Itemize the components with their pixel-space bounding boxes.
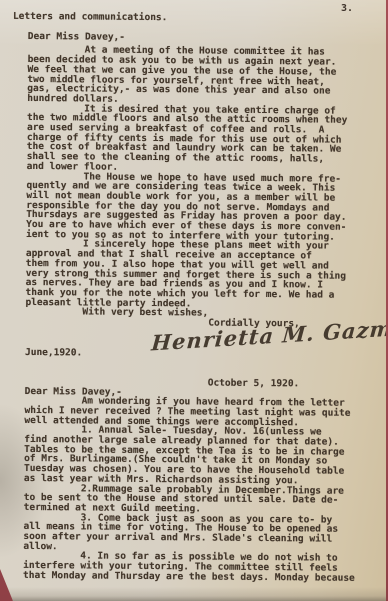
letter2-item-4: 4. In so far as is possible we do not wi… bbox=[23, 551, 367, 583]
letter1-paragraph-2: It is desired that you take entire charg… bbox=[27, 104, 372, 175]
letter-june-1920: Dear Miss Davey,- At a meeting of the Ho… bbox=[25, 32, 372, 380]
paper-sheet: 3. Letters and communications. Dear Miss… bbox=[0, 0, 386, 601]
letter-content: Letters and communications. Dear Miss Da… bbox=[8, 12, 372, 584]
page-number: 3. bbox=[341, 3, 353, 14]
letter-october-1920: October 5, 1920. Dear Miss Davey,- Am wo… bbox=[23, 377, 369, 584]
letter1-date: June,1920. bbox=[25, 348, 82, 358]
letter1-paragraph-4: I sincerely hope these plans meet with y… bbox=[25, 239, 370, 310]
letter2-item-2: 2.Rummage sale probably in December.Thin… bbox=[24, 483, 368, 515]
letter2-paragraph-1: Am wondering if you have heard from the … bbox=[24, 396, 368, 428]
letter2-item-3: 3. Come back just as soon as you care to… bbox=[23, 513, 367, 555]
letter1-paragraph-1: At a meeting of the House committee it h… bbox=[27, 45, 371, 106]
letter1-salutation: Dear Miss Davey,- bbox=[28, 32, 372, 45]
letter1-paragraph-3: The House we hope to have used much more… bbox=[26, 171, 371, 242]
signature-row: June,1920. Henrietta M. Gazmay bbox=[25, 327, 369, 380]
scanned-letter-page: 3. Letters and communications. Dear Miss… bbox=[0, 0, 388, 601]
letter2-item-1: 1. Annual Sale- Tuesday, Nov. 16(unless … bbox=[24, 425, 368, 486]
document-heading: Letters and communications. bbox=[13, 12, 372, 25]
